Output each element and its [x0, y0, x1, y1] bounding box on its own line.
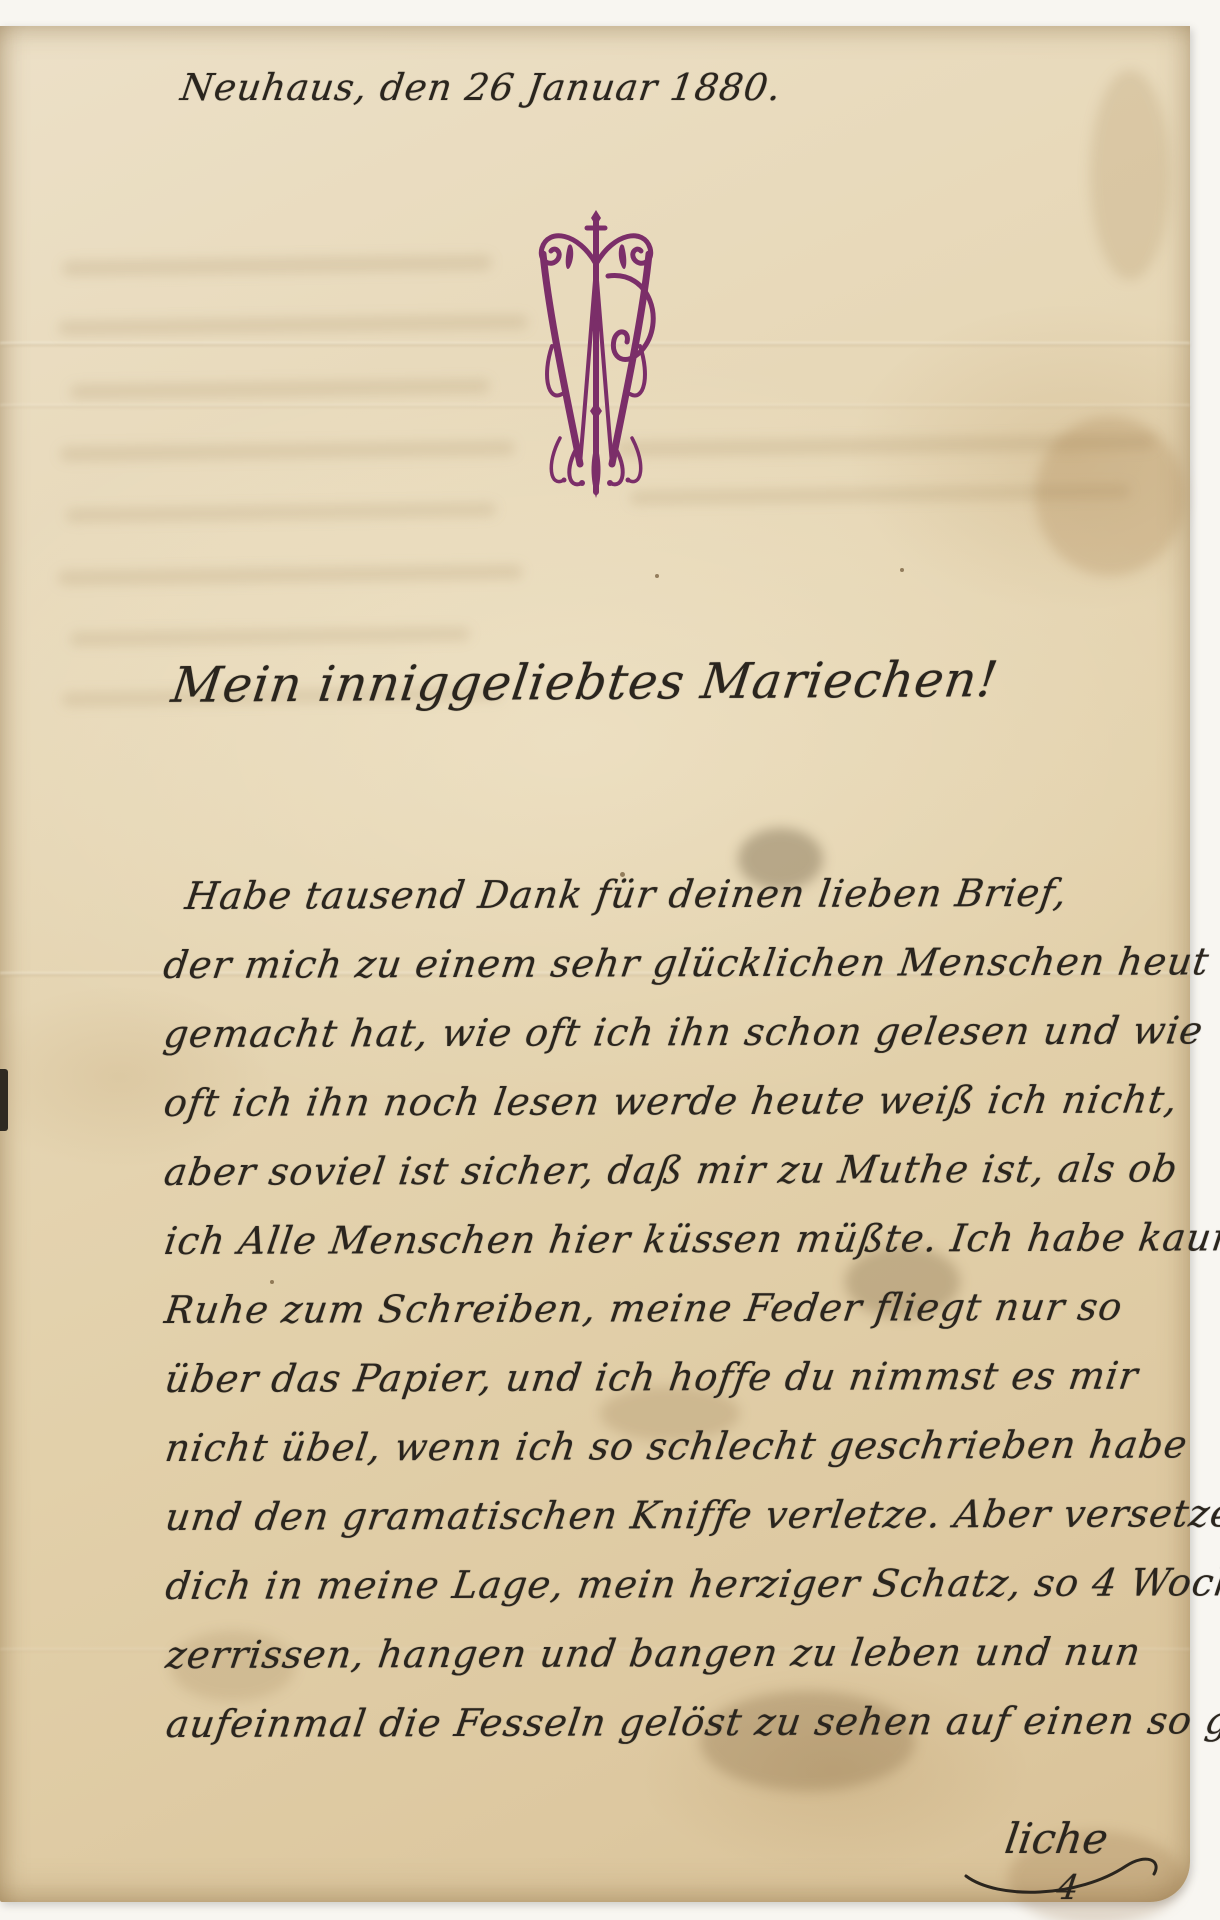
letter-line: Ruhe zum Schreiben, meine Feder fliegt n… [162, 1284, 1220, 1357]
letter-line: aufeinmal die Fesseln gelöst zu sehen au… [163, 1698, 1220, 1771]
letter-line-text: über das Papier, und ich hoffe du nimmst… [162, 1354, 1141, 1401]
letter-line: zerrissen, hangen und bangen zu leben un… [163, 1629, 1220, 1702]
letter-line-text: Ruhe zum Schreiben, meine Feder fliegt n… [162, 1285, 1125, 1332]
letter-line-text: ich Alle Menschen hier küssen müßte. Ich… [162, 1215, 1220, 1263]
letter-line-text: zerrissen, hangen und bangen zu leben un… [163, 1630, 1144, 1677]
letter-line: der mich zu einem sehr glücklichen Mensc… [161, 939, 1220, 1012]
letter-line: und den gramatischen Kniffe verletze. Ab… [163, 1491, 1220, 1564]
monogram-wp [512, 206, 680, 504]
dateline-text: Neuhaus, den 26 Januar 1880. [178, 66, 784, 109]
letter-line: dich in meine Lage, mein herziger Schatz… [163, 1560, 1220, 1633]
letter-line: oft ich ihn noch lesen werde heute weiß … [161, 1077, 1220, 1150]
letter-line-text: nicht übel, wenn ich so schlecht geschri… [163, 1422, 1191, 1470]
letter-line-text: aufeinmal die Fesseln gelöst zu sehen au… [163, 1698, 1220, 1746]
page-mark: 4 [1054, 1868, 1076, 1908]
paper-edge-mark [0, 1069, 8, 1131]
letter-line-text: Habe tausend Dank für deinen lieben Brie… [183, 871, 1071, 918]
salutation: Mein inniggeliebtes Mariechen! [168, 651, 994, 714]
scanned-letter-page: Neuhaus, den 26 Januar 1880. [0, 0, 1220, 1920]
letter-line: ich Alle Menschen hier küssen müßte. Ich… [162, 1215, 1220, 1288]
letter-line-text: aber soviel ist sicher, daß mir zu Muthe… [162, 1146, 1181, 1194]
letter-line: über das Papier, und ich hoffe du nimmst… [162, 1353, 1220, 1426]
letter-paper: Neuhaus, den 26 Januar 1880. [0, 26, 1190, 1902]
letter-line: gemacht hat, wie oft ich ihn schon geles… [161, 1008, 1220, 1081]
letter-line: nicht übel, wenn ich so schlecht geschri… [162, 1422, 1220, 1495]
salutation-text: Mein inniggeliebtes Mariechen! [168, 651, 1002, 714]
letter-line-text: gemacht hat, wie oft ich ihn schon geles… [161, 1008, 1206, 1056]
letter-line: aber soviel ist sicher, daß mir zu Muthe… [161, 1146, 1220, 1219]
letter-line-text: dich in meine Lage, mein herziger Schatz… [163, 1560, 1220, 1608]
letter-line-text: oft ich ihn noch lesen werde heute weiß … [161, 1077, 1181, 1125]
letter-line-text: und den gramatischen Kniffe verletze. Ab… [163, 1491, 1220, 1539]
dateline: Neuhaus, den 26 Januar 1880. [178, 66, 778, 109]
letter-body: Habe tausend Dank für deinen lieben Brie… [160, 870, 1220, 1771]
letter-line: Habe tausend Dank für deinen lieben Brie… [160, 870, 1220, 943]
letter-line-text: der mich zu einem sehr glücklichen Mensc… [161, 939, 1212, 987]
